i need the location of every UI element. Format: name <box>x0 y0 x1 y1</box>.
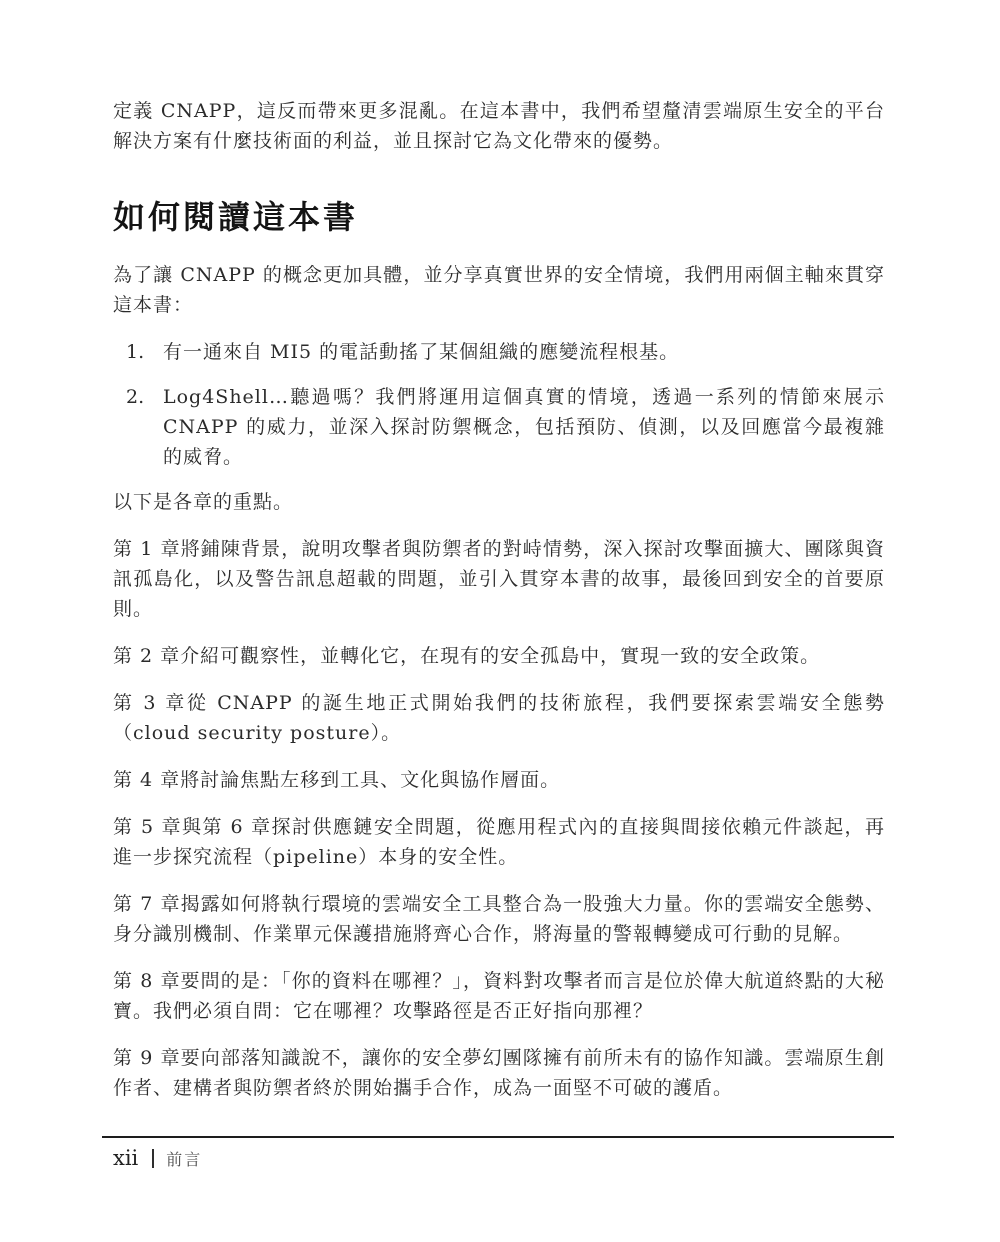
chapter-paragraph-8: 第 8 章要問的是：「你的資料在哪裡？」，資料對攻擊者而言是位於偉大航道終點的大… <box>113 966 885 1026</box>
footer-separator-bar <box>152 1149 154 1168</box>
list-item: 1. 有一通來自 MI5 的電話動搖了某個組織的應變流程根基。 <box>113 337 885 367</box>
chapter-paragraph-3: 第 3 章從 CNAPP 的誕生地正式開始我們的技術旅程，我們要探索雲端安全態勢… <box>113 688 885 748</box>
footer-section-label: 前言 <box>166 1147 202 1170</box>
list-item-text: Log4Shell…聽過嗎？我們將運用這個真實的情境，透過一系列的情節來展示 C… <box>163 382 885 472</box>
chapter-paragraph-7: 第 7 章揭露如何將執行環境的雲端安全工具整合為一股強大力量。你的雲端安全態勢、… <box>113 889 885 949</box>
page-footer: xii 前言 <box>113 1146 202 1170</box>
list-item-number: 1. <box>113 337 163 367</box>
chapters-intro: 以下是各章的重點。 <box>113 487 885 517</box>
chapter-paragraph-5-6: 第 5 章與第 6 章探討供應鏈安全問題，從應用程式內的直接與間接依賴元件談起，… <box>113 812 885 872</box>
book-page: 定義 CNAPP，這反而帶來更多混亂。在這本書中，我們希望釐清雲端原生安全的平台… <box>0 0 1000 1242</box>
chapter-paragraph-1: 第 1 章將鋪陳背景，說明攻擊者與防禦者的對峙情勢，深入探討攻擊面擴大、團隊與資… <box>113 534 885 624</box>
list-item-number: 2. <box>113 382 163 472</box>
footer-rule <box>102 1136 894 1138</box>
page-number: xii <box>113 1146 138 1170</box>
chapter-paragraph-9: 第 9 章要向部落知識說不，讓你的安全夢幻團隊擁有前所未有的協作知識。雲端原生創… <box>113 1043 885 1103</box>
intro-paragraph: 定義 CNAPP，這反而帶來更多混亂。在這本書中，我們希望釐清雲端原生安全的平台… <box>113 96 885 156</box>
ordered-list: 1. 有一通來自 MI5 的電話動搖了某個組織的應變流程根基。 2. Log4S… <box>113 337 885 472</box>
list-item: 2. Log4Shell…聽過嗎？我們將運用這個真實的情境，透過一系列的情節來展… <box>113 382 885 472</box>
list-item-text: 有一通來自 MI5 的電話動搖了某個組織的應變流程根基。 <box>163 337 885 367</box>
lead-paragraph: 為了讓 CNAPP 的概念更加具體，並分享真實世界的安全情境，我們用兩個主軸來貫… <box>113 260 885 320</box>
chapter-paragraph-4: 第 4 章將討論焦點左移到工具、文化與協作層面。 <box>113 765 885 795</box>
section-heading: 如何閱讀這本書 <box>113 196 885 238</box>
page-content: 定義 CNAPP，這反而帶來更多混亂。在這本書中，我們希望釐清雲端原生安全的平台… <box>113 0 885 1120</box>
chapter-paragraph-2: 第 2 章介紹可觀察性，並轉化它，在現有的安全孤島中，實現一致的安全政策。 <box>113 641 885 671</box>
